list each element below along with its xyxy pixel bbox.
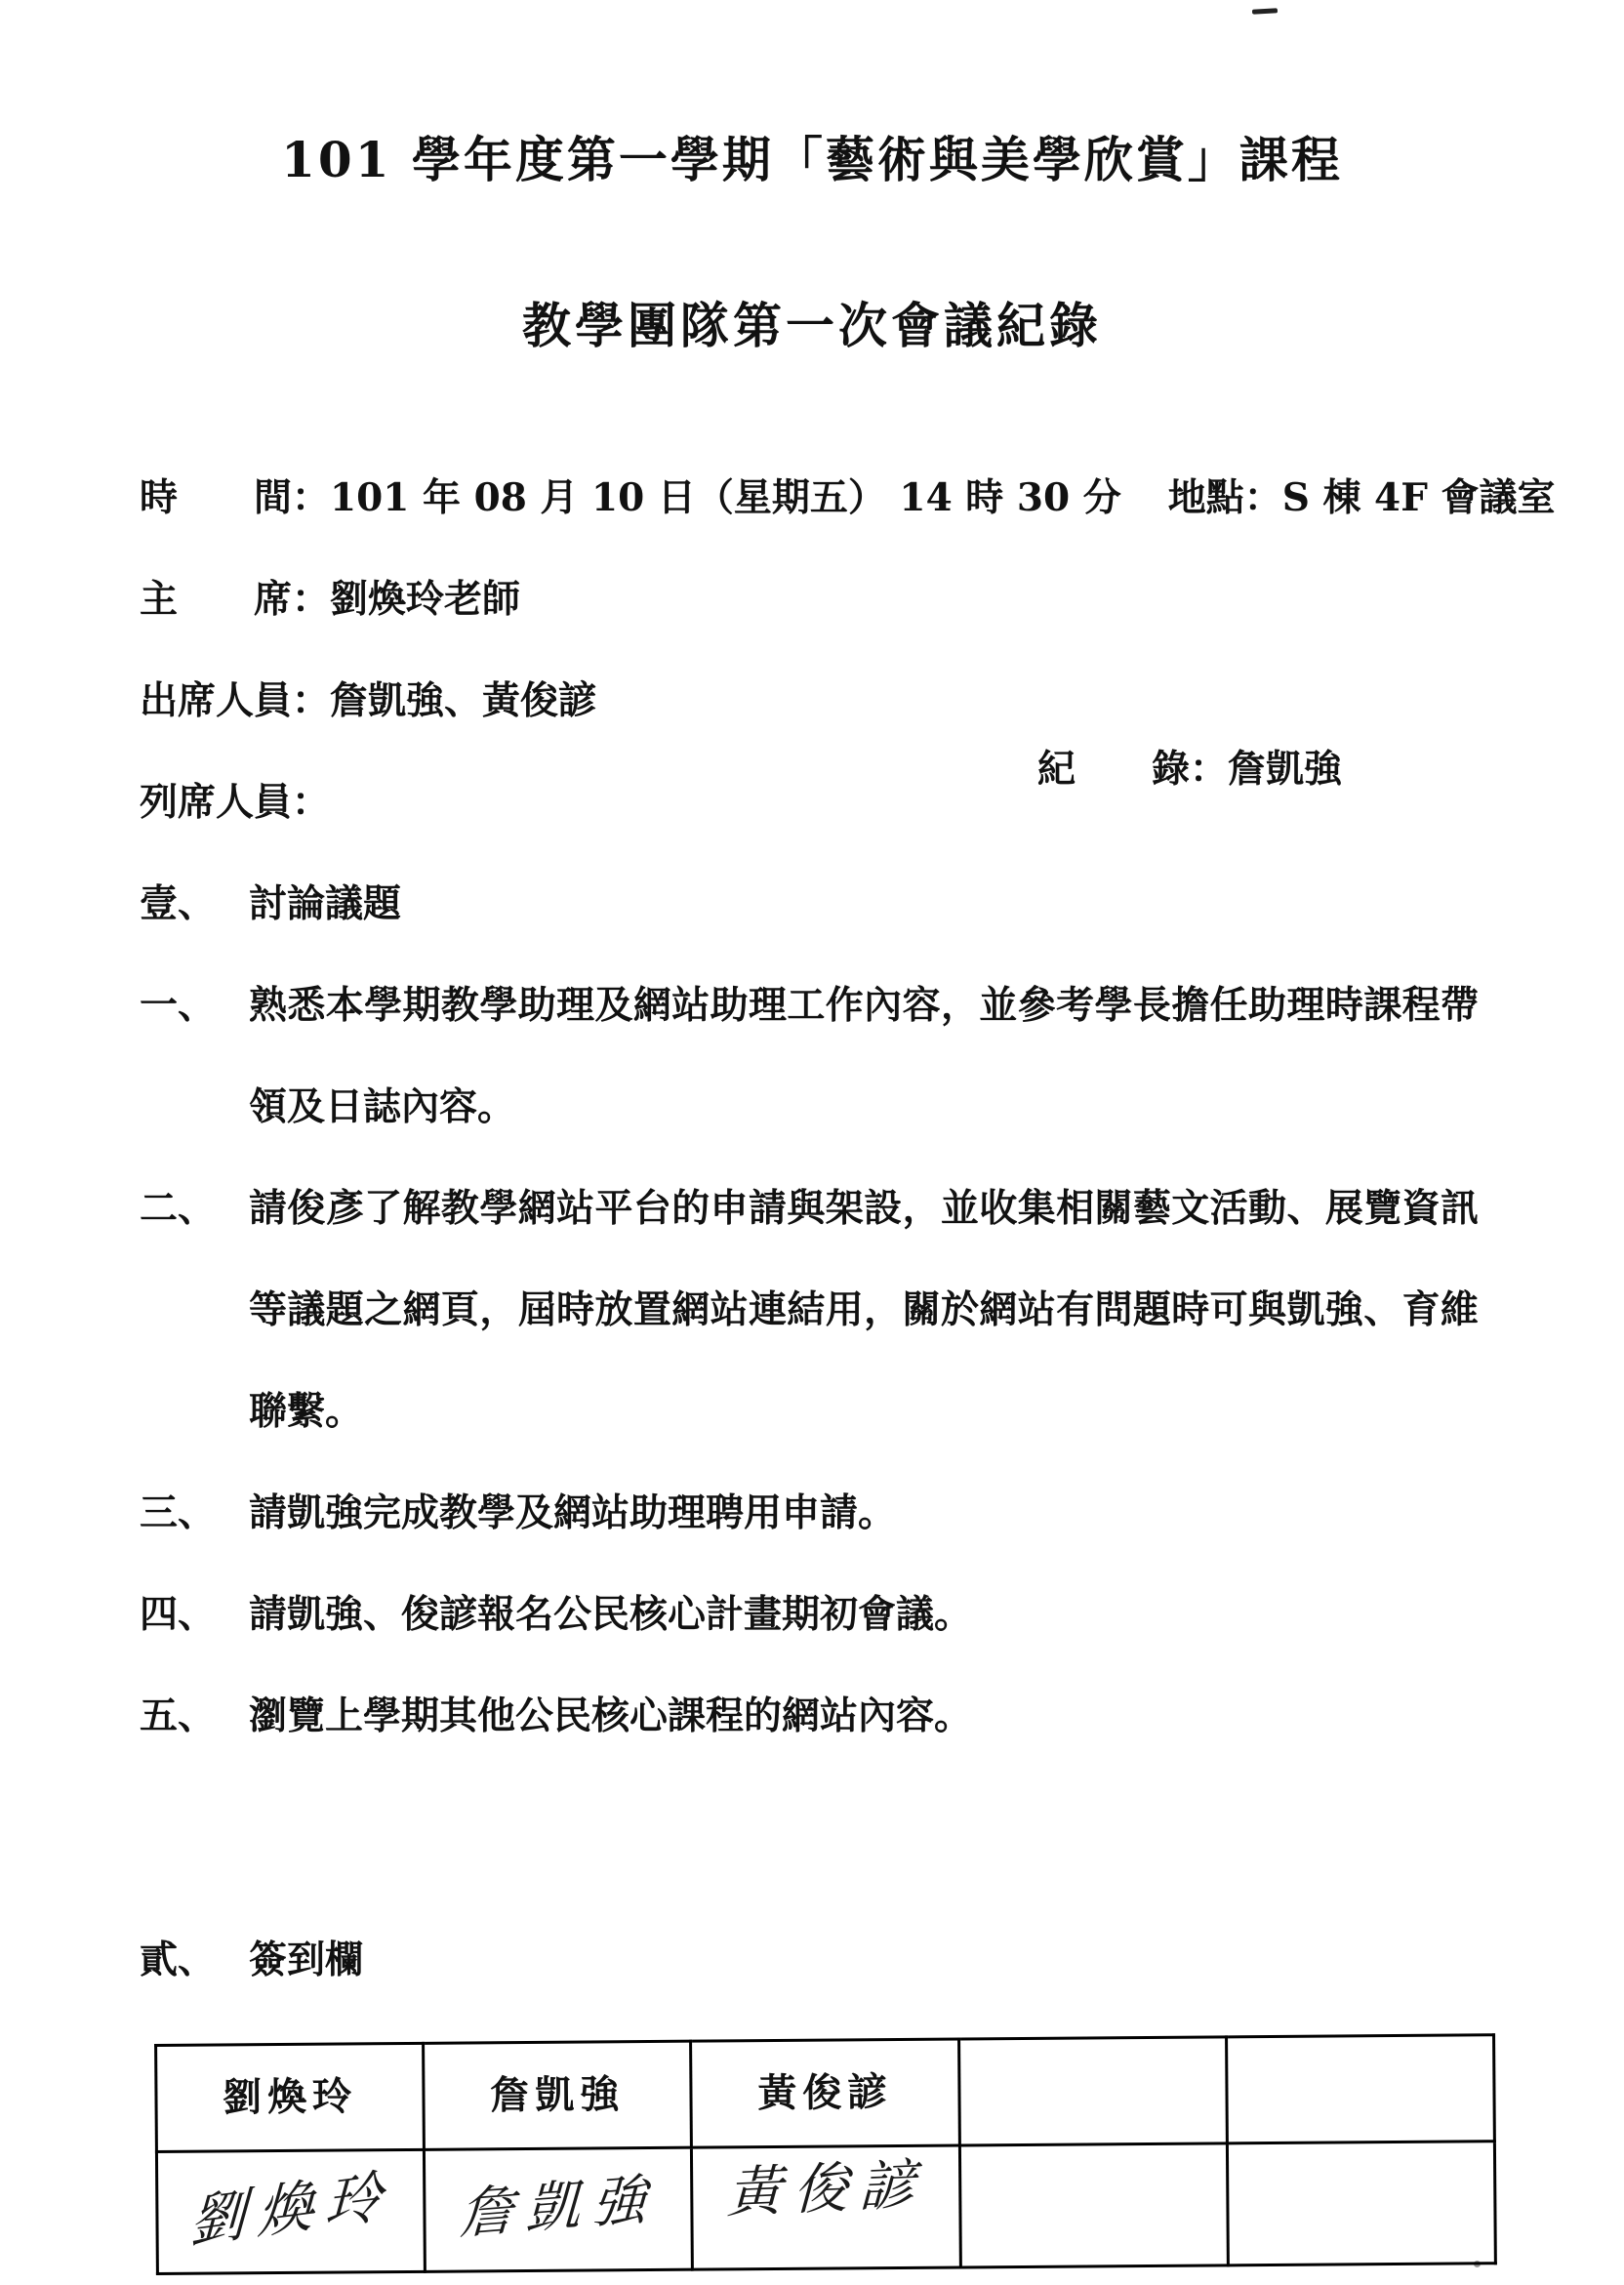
discussion-item: 二、 請俊彥了解教學網站平台的申請與架設，並收集相關藝文活動、展覽資訊等議題之網…	[140, 1158, 1487, 1462]
section-discussion-heading: 壹、 討論議題	[140, 853, 1487, 955]
signature-cell: 劉煥玲	[156, 2149, 425, 2273]
section-marker: 貳、	[140, 1909, 249, 2011]
chair-line: 主 席：劉煥玲老師	[140, 549, 1487, 650]
attendee-name: 黃俊諺	[757, 2069, 892, 2116]
meeting-time-line: 時 間：101 年 08 月 10 日（星期五） 14 時 30 分地點：S 棟…	[140, 447, 1487, 549]
chair-label: 主 席：	[140, 577, 330, 622]
scanned-meeting-minutes-page: 101 學年度第一學期「藝術與美學欣賞」課程 教學團隊第一次會議紀錄 時 間：1…	[0, 0, 1624, 2285]
item-marker: 三、	[140, 1462, 249, 1564]
signin-header-cell: 劉煥玲	[156, 2043, 425, 2151]
section-title: 簽到欄	[249, 1909, 363, 2011]
item-marker: 五、	[140, 1665, 249, 1767]
item-text: 請凱強、俊諺報名公民核心計畫期初會議。	[249, 1564, 1479, 1665]
location-label: 地點：	[1168, 475, 1282, 520]
handwritten-signature: 劉煥玲	[187, 2143, 395, 2273]
recorder-label: 紀 錄：	[1037, 747, 1228, 792]
time-label: 時 間：	[140, 475, 330, 520]
recorder-value: 詹凱強	[1228, 747, 1342, 792]
meeting-title: 教學團隊第一次會議紀錄	[0, 287, 1624, 357]
signin-header-cell: 詹凱強	[424, 2041, 692, 2149]
discussion-item: 三、 請凱強完成教學及網站助理聘用申請。	[140, 1462, 1487, 1564]
item-text: 請俊彥了解教學網站平台的申請與架設，並收集相關藝文活動、展覽資訊等議題之網頁，屆…	[249, 1158, 1479, 1462]
discussion-item: 四、 請凱強、俊諺報名公民核心計畫期初會議。	[140, 1564, 1487, 1665]
time-value: 101 年 08 月 10 日（星期五） 14 時 30 分	[330, 475, 1121, 520]
item-text: 熟悉本學期教學助理及網站助理工作內容，並參考學長擔任助理時課程帶領及日誌內容。	[249, 955, 1479, 1158]
item-marker: 二、	[140, 1158, 249, 1259]
signature-cell	[1227, 2142, 1495, 2265]
handwritten-signature: 黃俊諺	[725, 2135, 927, 2245]
item-text: 請凱強完成教學及網站助理聘用申請。	[249, 1462, 1479, 1564]
observers-label: 列席人員：	[140, 780, 330, 825]
document-body: 時 間：101 年 08 月 10 日（星期五） 14 時 30 分地點：S 棟…	[0, 447, 1624, 2275]
signin-header-cell	[1226, 2035, 1494, 2143]
discussion-item: 一、 熟悉本學期教學助理及網站助理工作內容，並參考學長擔任助理時課程帶領及日誌內…	[140, 955, 1487, 1158]
title-block: 101 學年度第一學期「藝術與美學欣賞」課程 教學團隊第一次會議紀錄	[0, 121, 1624, 357]
discussion-item: 五、 瀏覽上學期其他公民核心課程的網站內容。	[140, 1665, 1487, 1767]
attendees-value: 詹凱強、黃俊諺	[330, 678, 596, 723]
signature-cell: 詹凱強	[425, 2147, 693, 2271]
signin-header-cell: 黃俊諺	[691, 2039, 959, 2147]
section-title: 討論議題	[249, 853, 401, 955]
attendee-name: 劉煥玲	[223, 2073, 357, 2120]
item-marker: 一、	[140, 955, 249, 1056]
scan-artifact-dash	[1252, 8, 1278, 14]
signature-cell: 黃俊諺	[692, 2145, 960, 2269]
signin-header-cell	[958, 2037, 1227, 2145]
signin-header-row: 劉煥玲 詹凱強 黃俊諺	[156, 2035, 1495, 2152]
item-text: 瀏覽上學期其他公民核心課程的網站內容。	[249, 1665, 1479, 1767]
attendee-name: 詹凱強	[490, 2071, 625, 2118]
attendees-label: 出席人員：	[140, 678, 330, 723]
signin-signature-row: 劉煥玲 詹凱強 黃俊諺	[156, 2142, 1495, 2274]
course-title: 101 學年度第一學期「藝術與美學欣賞」課程	[0, 121, 1624, 191]
section-signin-heading: 貳、 簽到欄	[140, 1909, 1487, 2011]
handwritten-signature: 詹凱強	[457, 2148, 660, 2266]
section-marker: 壹、	[140, 853, 249, 955]
location-value: S 棟 4F 會議室	[1282, 475, 1556, 520]
chair-value: 劉煥玲老師	[330, 577, 520, 622]
observers-line: 列席人員： 紀 錄：詹凱強	[140, 752, 1487, 853]
recorder-segment: 紀 錄：詹凱強	[1037, 718, 1342, 820]
signature-cell	[959, 2143, 1228, 2267]
item-marker: 四、	[140, 1564, 249, 1665]
signin-table: 劉煥玲 詹凱強 黃俊諺 劉煥玲 詹凱強 黃俊諺	[154, 2033, 1497, 2275]
